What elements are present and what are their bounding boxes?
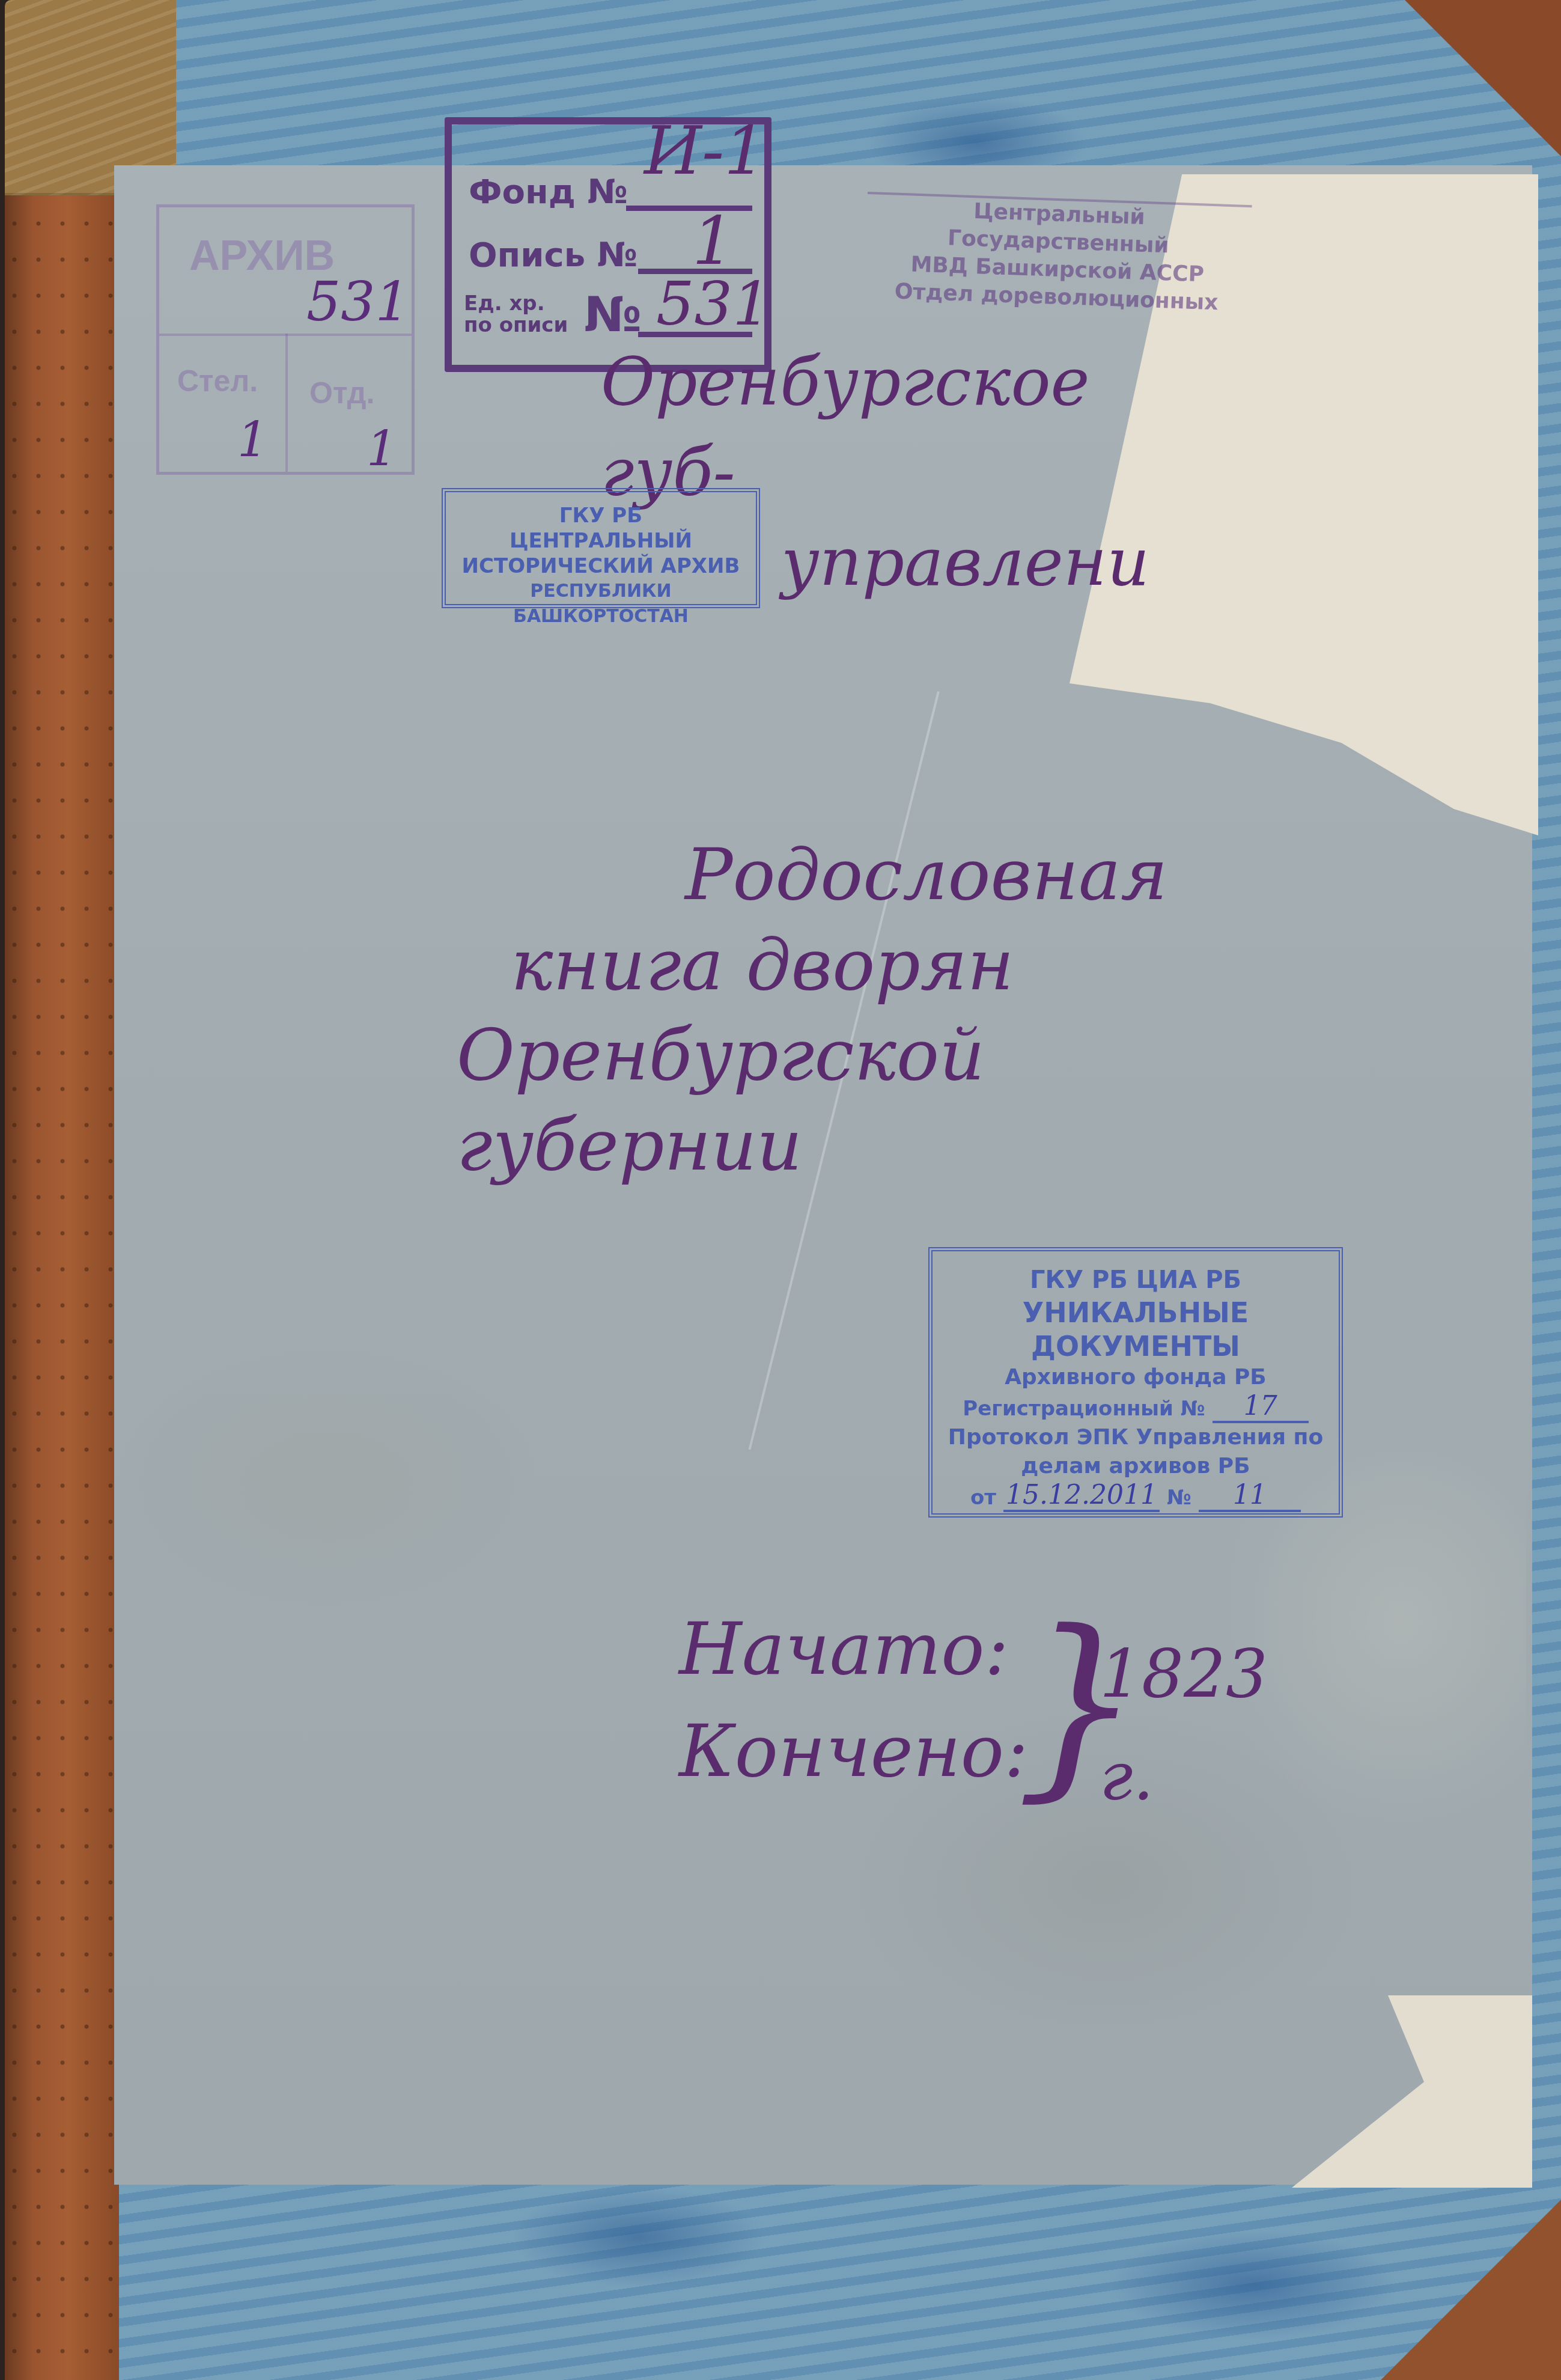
protocol-number: 11 bbox=[1199, 1481, 1301, 1512]
archive-cell-right-label: Отд. bbox=[309, 376, 374, 410]
stamp-divider bbox=[285, 334, 288, 472]
unit-number-sign: № bbox=[584, 287, 642, 343]
year: 1823 г. bbox=[1100, 1623, 1280, 1827]
unit-value: 531 bbox=[656, 269, 771, 339]
faint-archive-stamp: АРХИВ 531 Стел. 1 Отд. 1 bbox=[156, 204, 415, 475]
opis-row: Опись № bbox=[469, 236, 637, 275]
protocol-number-label: № bbox=[1167, 1483, 1191, 1512]
cia-stamp-line2: ЦЕНТРАЛЬНЫЙ bbox=[446, 528, 756, 554]
fond-row: Фонд № bbox=[469, 172, 628, 212]
registration-label: Регистрационный № bbox=[963, 1394, 1205, 1423]
unique-stamp-line1: ГКУ РБ ЦИА РБ bbox=[933, 1265, 1339, 1296]
archive-cell-right-value: 1 bbox=[367, 421, 397, 477]
date-prefix: от bbox=[970, 1483, 996, 1512]
fond-value: И-1 bbox=[644, 112, 766, 189]
unit-label: Ед. хр. по описи bbox=[464, 293, 568, 336]
cia-stamp-line4: РЕСПУБЛИКИ БАШКОРТОСТАН bbox=[446, 579, 756, 629]
document-title: Родословная книга дворян Оренбургской гу… bbox=[457, 829, 1262, 1190]
cia-rb-stamp: ГКУ РБ ЦЕНТРАЛЬНЫЙ ИСТОРИЧЕСКИЙ АРХИВ РЕ… bbox=[442, 488, 760, 608]
protocol-date: 15.12.2011 bbox=[1003, 1481, 1160, 1512]
protocol-line1: Протокол ЭПК Управления по bbox=[933, 1423, 1339, 1452]
title-line1: Родословная bbox=[457, 829, 1262, 920]
opis-value: 1 bbox=[692, 203, 734, 279]
leather-corner-bottom-right bbox=[1381, 2200, 1561, 2380]
registration-row: Регистрационный № 17 bbox=[933, 1392, 1339, 1423]
mvd-archive-stamp: Центральный Государственный МВД Башкирск… bbox=[863, 192, 1252, 340]
unique-stamp-line3: Архивного фонда РБ bbox=[933, 1363, 1339, 1392]
unit-label-line2: по описи bbox=[464, 314, 568, 336]
unique-documents-stamp: ГКУ РБ ЦИА РБ УНИКАЛЬНЫЕ ДОКУМЕНТЫ Архив… bbox=[928, 1247, 1343, 1518]
title-line2: книга дворян bbox=[457, 920, 1262, 1010]
archive-cell-left-label: Стел. bbox=[177, 364, 258, 398]
opis-label: Опись № bbox=[469, 236, 637, 275]
leather-corner-top-right bbox=[1405, 0, 1561, 156]
unique-stamp-line2: УНИКАЛЬНЫЕ ДОКУМЕНТЫ bbox=[933, 1296, 1339, 1363]
fond-inventory-stamp: Фонд № И-1 Опись № 1 Ед. хр. по описи № … bbox=[445, 117, 771, 372]
title-line3: Оренбургской губернии bbox=[457, 1010, 1262, 1190]
date-range: Начато: Кончено: } 1823 г. bbox=[679, 1599, 1280, 1803]
archive-cell-left-value: 1 bbox=[237, 412, 268, 468]
protocol-line2: делам архивов РБ bbox=[933, 1452, 1339, 1481]
leather-spine bbox=[5, 180, 119, 2380]
unit-label-line1: Ед. хр. bbox=[464, 293, 568, 314]
cia-stamp-line3: ИСТОРИЧЕСКИЙ АРХИВ bbox=[446, 554, 756, 579]
archive-stamp-number: 531 bbox=[306, 270, 410, 334]
protocol-date-row: от 15.12.2011 № 11 bbox=[933, 1481, 1339, 1512]
registration-value: 17 bbox=[1213, 1392, 1309, 1423]
fond-label: Фонд № bbox=[469, 172, 628, 212]
cia-stamp-line1: ГКУ РБ bbox=[446, 503, 756, 528]
